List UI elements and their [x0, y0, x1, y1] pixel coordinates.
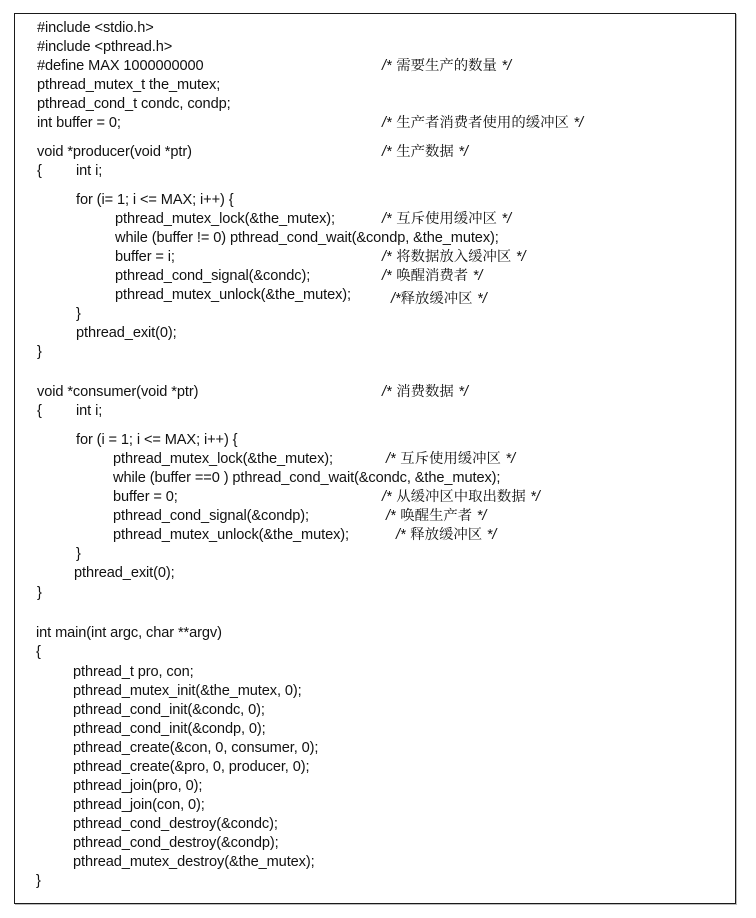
consumer-loop-close: }	[76, 545, 81, 563]
consumer-body-signal: pthread_cond_signal(&condp);	[113, 507, 309, 525]
producer-body-lock: pthread_mutex_lock(&the_mutex);	[115, 210, 335, 228]
comment-consumer-signal: /* 唤醒生产者 */	[386, 507, 486, 525]
code-line-mutex-decl: pthread_mutex_t the_mutex;	[37, 76, 220, 94]
consumer-loop-head: for (i = 1; i <= MAX; i++) {	[76, 431, 237, 449]
producer-exit: pthread_exit(0);	[76, 324, 177, 342]
comment-consumer-assign: /* 从缓冲区中取出数据 */	[382, 488, 540, 506]
comment-consumer-lock: /* 互斥使用缓冲区 */	[386, 450, 515, 468]
producer-body-wait: while (buffer != 0) pthread_cond_wait(&c…	[115, 229, 499, 247]
code-line-define-max: #define MAX 1000000000	[37, 57, 204, 75]
comment-producer-unlock: /*释放缓冲区 */	[391, 290, 487, 308]
consumer-body-lock: pthread_mutex_lock(&the_mutex);	[113, 450, 333, 468]
comment-producer: /* 生产数据 */	[382, 143, 468, 161]
main-body-line: pthread_join(con, 0);	[73, 796, 205, 814]
producer-body-unlock: pthread_mutex_unlock(&the_mutex);	[115, 286, 351, 304]
main-body-line: pthread_cond_destroy(&condp);	[73, 834, 279, 852]
comment-buffer: /* 生产者消费者使用的缓冲区 */	[382, 114, 583, 132]
consumer-body-wait: while (buffer ==0 ) pthread_cond_wait(&c…	[113, 469, 500, 487]
main-body-line: pthread_cond_destroy(&condc);	[73, 815, 278, 833]
code-line-cond-decl: pthread_cond_t condc, condp;	[37, 95, 231, 113]
main-signature: int main(int argc, char **argv)	[36, 624, 222, 642]
comment-define-max: /* 需要生产的数量 */	[382, 57, 511, 75]
main-close-brace: }	[36, 872, 41, 890]
comment-consumer: /* 消费数据 */	[382, 383, 468, 401]
comment-producer-signal: /* 唤醒消费者 */	[382, 267, 482, 285]
producer-close-brace: }	[37, 343, 42, 361]
comment-consumer-unlock: /* 释放缓冲区 */	[396, 526, 496, 544]
comment-producer-assign: /* 将数据放入缓冲区 */	[382, 248, 526, 266]
consumer-close-brace: }	[37, 584, 42, 602]
code-line-include-stdio: #include <stdio.h>	[37, 19, 154, 37]
producer-loop-head: for (i= 1; i <= MAX; i++) {	[76, 191, 234, 209]
producer-decl: int i;	[76, 162, 102, 180]
consumer-decl: int i;	[76, 402, 102, 420]
consumer-exit: pthread_exit(0);	[74, 564, 175, 582]
main-body-line: pthread_cond_init(&condp, 0);	[73, 720, 266, 738]
main-body-line: pthread_create(&con, 0, consumer, 0);	[73, 739, 318, 757]
producer-body-assign: buffer = i;	[115, 248, 175, 266]
consumer-body-assign: buffer = 0;	[113, 488, 178, 506]
main-body-line: pthread_cond_init(&condc, 0);	[73, 701, 265, 719]
main-body-line: pthread_create(&pro, 0, producer, 0);	[73, 758, 309, 776]
consumer-signature: void *consumer(void *ptr)	[37, 383, 198, 401]
comment-producer-lock: /* 互斥使用缓冲区 */	[382, 210, 511, 228]
main-open-brace: {	[36, 643, 41, 661]
consumer-open-brace: {	[37, 402, 42, 420]
producer-body-signal: pthread_cond_signal(&condc);	[115, 267, 310, 285]
main-body-line: pthread_mutex_destroy(&the_mutex);	[73, 853, 315, 871]
main-body-line: pthread_t pro, con;	[73, 663, 194, 681]
code-line-buffer-decl: int buffer = 0;	[37, 114, 121, 132]
producer-signature: void *producer(void *ptr)	[37, 143, 192, 161]
producer-loop-close: }	[76, 305, 81, 323]
code-line-include-pthread: #include <pthread.h>	[37, 38, 172, 56]
consumer-body-unlock: pthread_mutex_unlock(&the_mutex);	[113, 526, 349, 544]
main-body-line: pthread_join(pro, 0);	[73, 777, 202, 795]
producer-open-brace: {	[37, 162, 42, 180]
main-body-line: pthread_mutex_init(&the_mutex, 0);	[73, 682, 302, 700]
